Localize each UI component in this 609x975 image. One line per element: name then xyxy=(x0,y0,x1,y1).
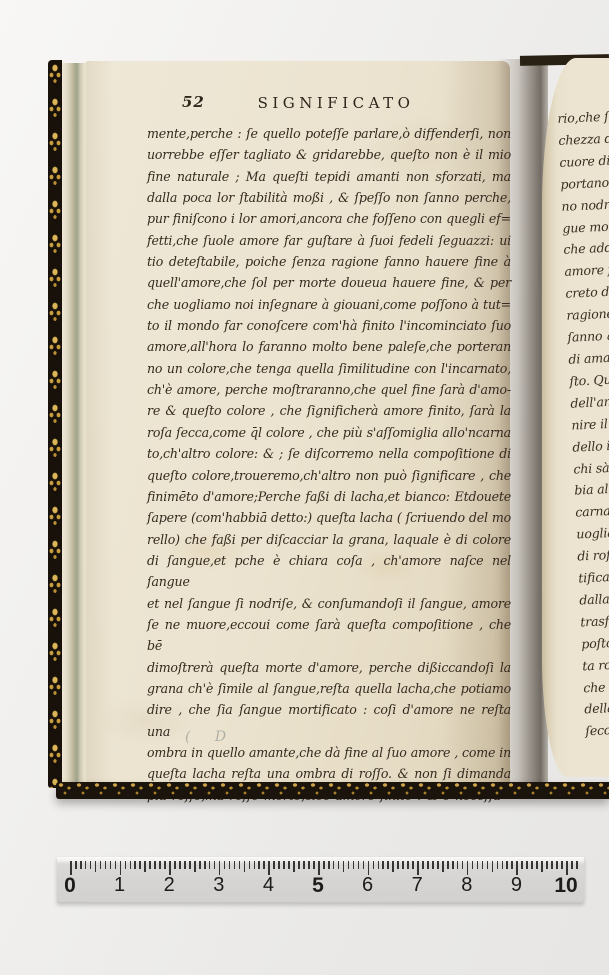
text-line: mente,perche : ſe quello poteſſe parlare… xyxy=(147,123,511,144)
text-line: di ſangue,et pche è chiara coſa , ch'amo… xyxy=(147,550,511,593)
text-line: quell'amore,che ſol per morte doueua hau… xyxy=(147,272,511,293)
text-line: grana ch'è ſimile al ſangue,reſta quella… xyxy=(147,678,511,699)
ruler-numbers: 012345678910 xyxy=(57,857,584,903)
right-page: rio,che ſia comchezza de gli ſcuore di q… xyxy=(542,58,609,777)
left-page: 52 SIGNIFICATO mente,perche : ſe quello … xyxy=(86,61,510,788)
text-line-fragment: rio,che ſia com xyxy=(557,102,609,130)
text-line: amore,all'hora lo faranno molto bene pal… xyxy=(147,336,511,357)
book-photograph: 52 SIGNIFICATO mente,perche : ſe quello … xyxy=(0,0,609,975)
text-line: ombra in quello amante,che dà fine al ſu… xyxy=(147,742,511,763)
book-spine-gilt-edge xyxy=(48,60,62,788)
text-line: dalla poca lor ſtabilità moßi , & ſpeſſo… xyxy=(147,187,511,208)
left-page-text: mente,perche : ſe quello poteſſe parlare… xyxy=(147,123,511,806)
text-line: pur finiſcono i lor amori,ancora che foſ… xyxy=(147,208,511,229)
ruler-number: 7 xyxy=(412,874,423,897)
ruler-number: 6 xyxy=(362,874,373,897)
text-line: uorrebbe eſſer tagliato & gridarebbe, qu… xyxy=(147,144,511,165)
ruler-number: 5 xyxy=(312,874,324,898)
text-line: tio deteſtabile, poiche ſenza ragione fa… xyxy=(147,251,511,272)
text-line: fetti,che ſuole amore far guſtare à ſuoi… xyxy=(147,230,511,251)
text-line: che uogliamo noi inſegnare à giouani,com… xyxy=(147,294,511,315)
text-line: rello) che faßi per diſcacciar la grana,… xyxy=(147,529,511,550)
ruler-number: 3 xyxy=(213,874,224,897)
text-line: fine naturale ; Ma queſti tepidi amanti … xyxy=(147,166,511,187)
text-line: to il mondo far conoſcere com'hà finito … xyxy=(147,315,511,336)
text-line: no un colore,che tenga quella ſimilitudi… xyxy=(147,358,511,379)
ruler-number: 0 xyxy=(64,874,76,898)
right-page-text: rio,che ſia comchezza de gli ſcuore di q… xyxy=(557,102,609,743)
show-through-mark: ( D xyxy=(185,729,236,745)
page-edge-stack xyxy=(62,63,88,787)
text-line: finimēto d'amore;Perche faßi di lacha,et… xyxy=(147,486,511,507)
text-line: re & queſto colore , che ſignificherà am… xyxy=(147,400,511,421)
text-line: et nel ſangue ſi nodriſe, & conſumandoſi… xyxy=(147,593,511,614)
text-line: dimoſtrerà queſta morte d'amore, perche … xyxy=(147,657,511,678)
text-line: ſe ne muore,eccoui come ſarà queſta comp… xyxy=(147,614,511,657)
centimeter-ruler: 012345678910 xyxy=(57,857,584,903)
ruler-number: 10 xyxy=(554,874,577,898)
ruler-number: 1 xyxy=(114,874,125,897)
ruler-number: 2 xyxy=(164,874,175,897)
running-header: SIGNIFICATO xyxy=(236,94,436,112)
text-line: queſto colore,troueremo,ch'altro non può… xyxy=(147,465,511,486)
ruler-number: 8 xyxy=(461,874,472,897)
ruler-number: 9 xyxy=(511,874,522,897)
page-number: 52 xyxy=(182,93,218,111)
book-bottom-gilt-edge xyxy=(56,782,609,799)
ruler-number: 4 xyxy=(263,874,274,897)
text-line: ſapere (com'habbiā detto:) queſta lacha … xyxy=(147,507,511,528)
text-line: ch'è amore, perche moſtraranno,che quel … xyxy=(147,379,511,400)
text-line: roſa ſecca,come q̄l colore , che più s'a… xyxy=(147,422,511,443)
gutter-shadow xyxy=(498,59,548,785)
text-line: to,ch'altro colore: & ; ſe diſcorremo ne… xyxy=(147,443,511,464)
